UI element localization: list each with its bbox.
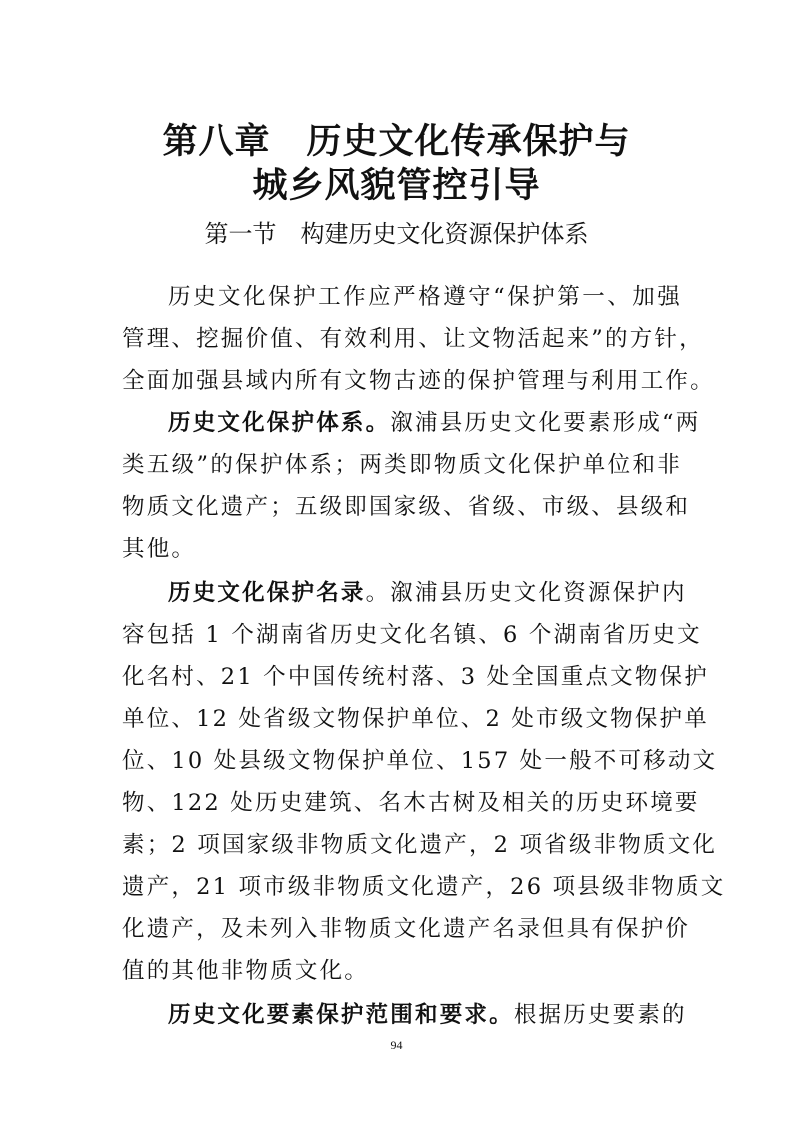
paragraph-3-line-5: 位、10 处县级文物保护单位、157 处一般不可移动文 (122, 746, 682, 776)
chapter-title-line1: 第八章 历史文化传承保护与 (0, 120, 793, 164)
paragraph-3-line-3: 化名村、21 个中国传统村落、3 处全国重点文物保护 (122, 662, 682, 692)
chapter-title-line2: 城乡风貌管控引导 (0, 164, 793, 208)
section-title: 第一节 构建历史文化资源保护体系 (0, 218, 793, 250)
paragraph-1-line-3: 全面加强县域内所有文物古迹的保护管理与利用工作。 (122, 366, 682, 396)
paragraph-3-line-8: 遗产，21 项市级非物质文化遗产，26 项县级非物质文 (122, 872, 682, 902)
paragraph-3-line-10: 值的其他非物质文化。 (122, 956, 682, 986)
paragraph-3-heading: 历史文化保护名录 (168, 580, 366, 606)
paragraph-2-line-2: 类五级”的保护体系；两类即物质文化保护单位和非 (122, 450, 682, 480)
paragraph-2-text-start: 溆浦县历史文化要素形成“两 (390, 410, 700, 436)
paragraph-4-heading: 历史文化要素保护范围和要求。 (168, 1002, 514, 1028)
paragraph-3-line-7: 素；2 项国家级非物质文化遗产，2 项省级非物质文化 (122, 830, 682, 860)
paragraph-1-line-2: 管理、挖掘价值、有效利用、让文物活起来”的方针， (122, 324, 682, 354)
paragraph-3-line-1: 历史文化保护名录。溆浦县历史文化资源保护内 (168, 578, 682, 608)
paragraph-4-line-1: 历史文化要素保护范围和要求。根据历史要素的 (168, 1000, 682, 1030)
paragraph-3-line-2: 容包括 1 个湖南省历史文化名镇、6 个湖南省历史文 (122, 620, 682, 650)
paragraph-1-line-1: 历史文化保护工作应严格遵守“保护第一、加强 (168, 282, 682, 312)
paragraph-4-text-start: 根据历史要素的 (514, 1002, 687, 1028)
document-page: 第八章 历史文化传承保护与 城乡风貌管控引导 第一节 构建历史文化资源保护体系 … (0, 0, 793, 1122)
paragraph-2-line-3: 物质文化遗产；五级即国家级、省级、市级、县级和 (122, 492, 682, 522)
paragraph-3-line-4: 单位、12 处省级文物保护单位、2 处市级文物保护单 (122, 704, 682, 734)
paragraph-2-heading: 历史文化保护体系。 (168, 410, 390, 436)
paragraph-3-line-6: 物、122 处历史建筑、名木古树及相关的历史环境要 (122, 788, 682, 818)
paragraph-3-text-start: 。溆浦县历史文化资源保护内 (366, 580, 687, 606)
paragraph-3-line-9: 化遗产，及未列入非物质文化遗产名录但具有保护价 (122, 914, 682, 944)
paragraph-2-line-4: 其他。 (122, 534, 682, 564)
page-number: 94 (0, 1038, 793, 1053)
paragraph-2-line-1: 历史文化保护体系。溆浦县历史文化要素形成“两 (168, 408, 682, 438)
